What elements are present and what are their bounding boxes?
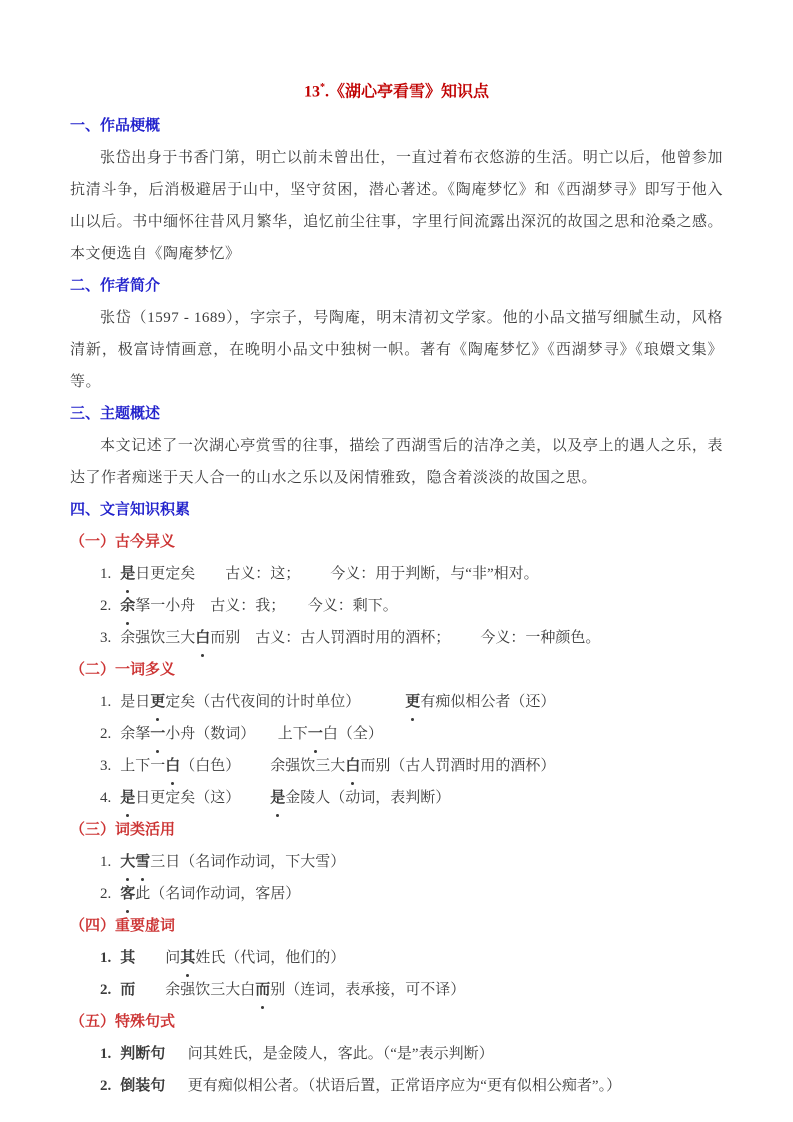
paragraph: 张岱（1597 - 1689），字宗子，号陶庵，明末清初文学家。他的小品文描写细…: [70, 302, 723, 398]
list-item: 2.余拏一小舟（数词）上下一白（全）: [70, 718, 723, 750]
text-segment: 古义：这；: [225, 566, 300, 582]
subsection-heading: （三）词类活用: [70, 814, 723, 846]
emphasized-char: 白: [195, 622, 210, 654]
emphasized-char: 大: [120, 846, 135, 878]
text-segment: 今义：剩下。: [308, 598, 398, 614]
text-segment: 余强饮三大白: [165, 982, 255, 998]
emphasized-char: 是: [120, 558, 135, 590]
text-segment: 上下: [278, 726, 308, 742]
subsection-heading: （五）特殊句式: [70, 1006, 723, 1038]
text-segment: 而别（古人罚酒时用的酒杯）: [360, 758, 555, 774]
emphasized-char: 客: [120, 878, 135, 910]
text-segment: 余强饮三大: [270, 758, 345, 774]
item-number: 3.: [100, 758, 111, 774]
item-number: 3.: [100, 630, 111, 646]
item-number: 2.: [100, 598, 111, 614]
title-number: 13: [304, 83, 320, 100]
section-heading: 四、文言知识积累: [70, 494, 723, 526]
item-number: 2.: [100, 1078, 111, 1094]
text-segment: 定矣（古代夜间的计时单位）: [165, 694, 360, 710]
list-item: 1.其问其姓氏（代词，他们的）: [70, 942, 723, 974]
emphasized-char: 一: [308, 718, 323, 750]
document-body: 一、作品梗概张岱出身于书香门第，明亡以前未曾出仕，一直过着布衣悠游的生活。明亡以…: [70, 110, 723, 1102]
emphasized-char: 是: [120, 782, 135, 814]
section-heading: 二、作者简介: [70, 270, 723, 302]
emphasized-char: 余: [120, 590, 135, 622]
list-item: 2.倒装句更有痴似相公者。（状语后置，正常语序应为“更有似相公痴者”。）: [70, 1070, 723, 1102]
text-segment: 今义：用于判断，与“非”相对。: [330, 566, 538, 582]
list-item: 2.而余强饮三大白而别（连词，表承接，可不译）: [70, 974, 723, 1006]
title-text: .《湖心亭看雪》知识点: [325, 83, 489, 100]
text-segment: 是日: [120, 694, 150, 710]
item-number: 1.: [100, 854, 111, 870]
list-item: 4.是日更定矣（这）是金陵人（动词，表判断）: [70, 782, 723, 814]
document-page: 13*.《湖心亭看雪》知识点 一、作品梗概张岱出身于书香门第，明亡以前未曾出仕，…: [0, 0, 793, 1122]
list-item: 2.客此（名词作动词，客居）: [70, 878, 723, 910]
text-segment: 拏一小舟: [135, 598, 195, 614]
keyword-bold: 判断句: [120, 1046, 165, 1062]
list-item: 1.大雪三日（名词作动词，下大雪）: [70, 846, 723, 878]
keyword-bold: 其: [120, 950, 135, 966]
text-segment: 三日（名词作动词，下大雪）: [150, 854, 345, 870]
item-number: 1.: [100, 950, 111, 966]
paragraph: 张岱出身于书香门第，明亡以前未曾出仕，一直过着布衣悠游的生活。明亡以后，他曾参加…: [70, 142, 723, 270]
list-item: 2.余拏一小舟古义：我；今义：剩下。: [70, 590, 723, 622]
text-segment: 古义：我；: [210, 598, 285, 614]
text-segment: 问: [165, 950, 180, 966]
subsection-heading: （四）重要虚词: [70, 910, 723, 942]
list-item: 1.判断句问其姓氏，是金陵人，客此。（“是”表示判断）: [70, 1038, 723, 1070]
emphasized-char: 雪: [135, 846, 150, 878]
keyword-bold: 而: [120, 982, 135, 998]
subsection-heading: （二）一词多义: [70, 654, 723, 686]
text-segment: 别（连词，表承接，可不译）: [270, 982, 465, 998]
item-number: 2.: [100, 726, 111, 742]
text-segment: （白色）: [180, 758, 240, 774]
text-segment: 更有痴似相公者。（状语后置，正常语序应为“更有似相公痴者”。）: [188, 1078, 621, 1094]
text-segment: 日更定矣: [135, 566, 195, 582]
text-segment: 余强饮三大: [120, 630, 195, 646]
item-number: 1.: [100, 694, 111, 710]
item-number: 2.: [100, 982, 111, 998]
list-item: 3.上下一白（白色）余强饮三大白而别（古人罚酒时用的酒杯）: [70, 750, 723, 782]
section-heading: 三、主题概述: [70, 398, 723, 430]
item-number: 1.: [100, 566, 111, 582]
emphasized-char: 其: [180, 942, 195, 974]
text-segment: 古义：古人罚酒时用的酒杯；: [255, 630, 450, 646]
text-segment: 小舟（数词）: [165, 726, 255, 742]
item-number: 1.: [100, 1046, 111, 1062]
text-segment: 此（名词作动词，客居）: [135, 886, 300, 902]
keyword-bold: 倒装句: [120, 1078, 165, 1094]
emphasized-char: 一: [150, 718, 165, 750]
emphasized-char: 是: [270, 782, 285, 814]
list-item: 3.余强饮三大白而别古义：古人罚酒时用的酒杯；今义：一种颜色。: [70, 622, 723, 654]
emphasized-char: 而: [255, 974, 270, 1006]
subsection-heading: （一）古今异义: [70, 526, 723, 558]
text-segment: 金陵人（动词，表判断）: [285, 790, 450, 806]
text-segment: 今义：一种颜色。: [480, 630, 600, 646]
paragraph: 本文记述了一次湖心亭赏雪的往事，描绘了西湖雪后的洁净之美，以及亭上的遇人之乐，表…: [70, 430, 723, 494]
text-segment: 余拏: [120, 726, 150, 742]
text-segment: 问其姓氏，是金陵人，客此。（“是”表示判断）: [188, 1046, 494, 1062]
text-segment: 日更定矣（这）: [135, 790, 240, 806]
emphasized-char: 白: [345, 750, 360, 782]
text-segment: 白（全）: [323, 726, 383, 742]
emphasized-char: 更: [150, 686, 165, 718]
emphasized-char: 更: [405, 686, 420, 718]
section-heading: 一、作品梗概: [70, 110, 723, 142]
page-title: 13*.《湖心亭看雪》知识点: [70, 70, 723, 110]
text-segment: 而别: [210, 630, 240, 646]
text-segment: 有痴似相公者（还）: [420, 694, 555, 710]
item-number: 4.: [100, 790, 111, 806]
item-number: 2.: [100, 886, 111, 902]
text-segment: 上下一: [120, 758, 165, 774]
list-item: 1.是日更定矣（古代夜间的计时单位）更有痴似相公者（还）: [70, 686, 723, 718]
emphasized-char: 白: [165, 750, 180, 782]
text-segment: 姓氏（代词，他们的）: [195, 950, 345, 966]
list-item: 1.是日更定矣古义：这；今义：用于判断，与“非”相对。: [70, 558, 723, 590]
